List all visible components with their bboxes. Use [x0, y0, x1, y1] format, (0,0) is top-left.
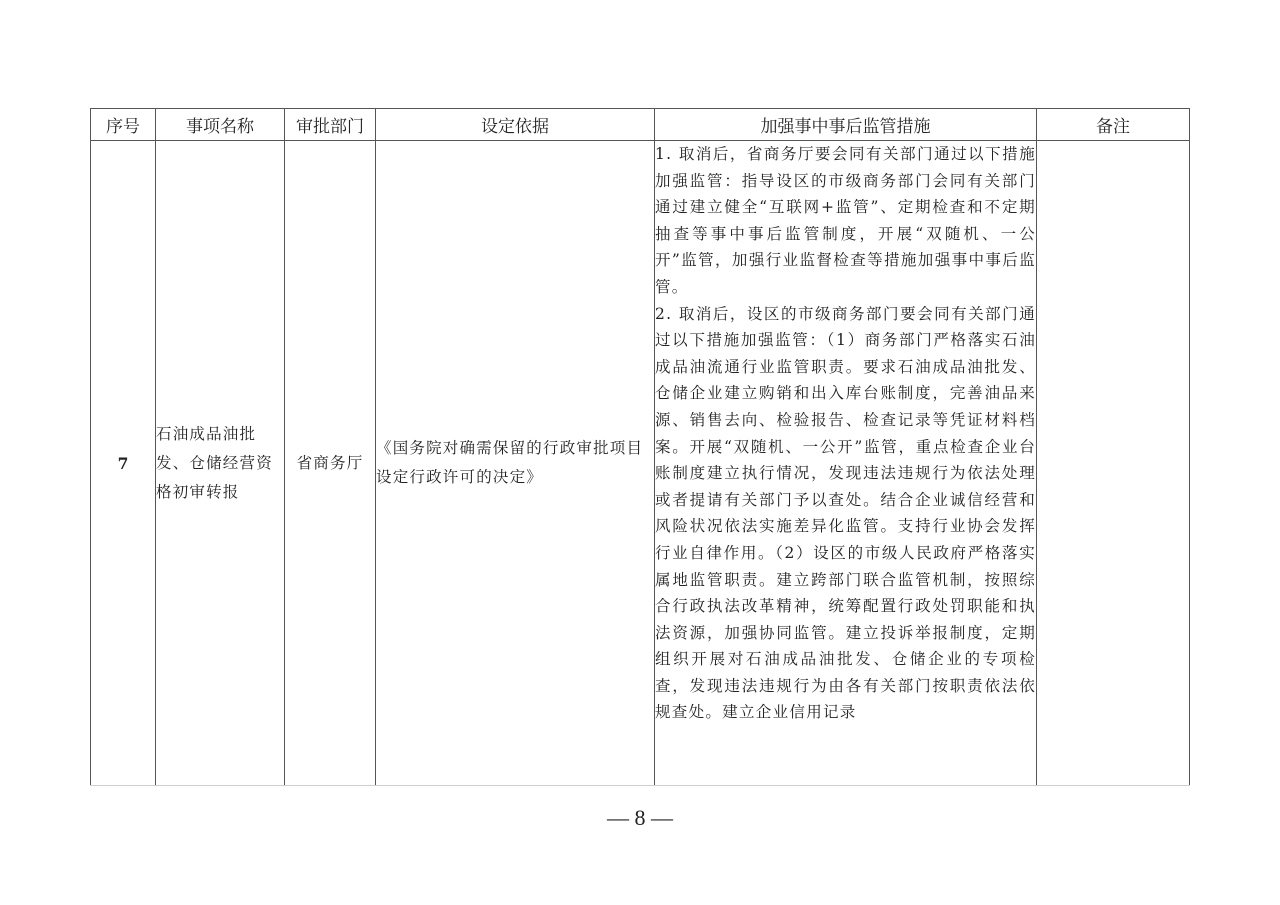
cell-approval-dept: 省商务厅 [285, 141, 376, 786]
cell-notes [1037, 141, 1190, 786]
header-legal-basis: 设定依据 [376, 109, 655, 141]
header-notes: 备注 [1037, 109, 1190, 141]
approval-items-table: 序号 事项名称 审批部门 设定依据 加强事中事后监管措施 备注 7 石油成品油批… [90, 108, 1190, 786]
table-row: 7 石油成品油批发、仓储经营资格初审转报 省商务厅 《国务院对确需保留的行政审批… [91, 141, 1190, 786]
header-seq: 序号 [91, 109, 156, 141]
cell-legal-basis: 《国务院对确需保留的行政审批项目设定行政许可的决定》 [376, 141, 655, 786]
cell-seq: 7 [91, 141, 156, 786]
header-approval-dept: 审批部门 [285, 109, 376, 141]
cell-item-name: 石油成品油批发、仓储经营资格初审转报 [156, 141, 285, 786]
table-header-row: 序号 事项名称 审批部门 设定依据 加强事中事后监管措施 备注 [91, 109, 1190, 141]
header-supervision-measures: 加强事中事后监管措施 [655, 109, 1037, 141]
cell-supervision-measures: 1. 取消后，省商务厅要会同有关部门通过以下措施加强监管：指导设区的市级商务部门… [655, 141, 1037, 786]
page-number: — 8 — [0, 805, 1280, 831]
header-item-name: 事项名称 [156, 109, 285, 141]
measure-paragraph-1: 1. 取消后，省商务厅要会同有关部门通过以下措施加强监管：指导设区的市级商务部门… [655, 141, 1036, 301]
measure-paragraph-2: 2. 取消后，设区的市级商务部门要会同有关部门通过以下措施加强监管：（1）商务部… [655, 301, 1036, 727]
